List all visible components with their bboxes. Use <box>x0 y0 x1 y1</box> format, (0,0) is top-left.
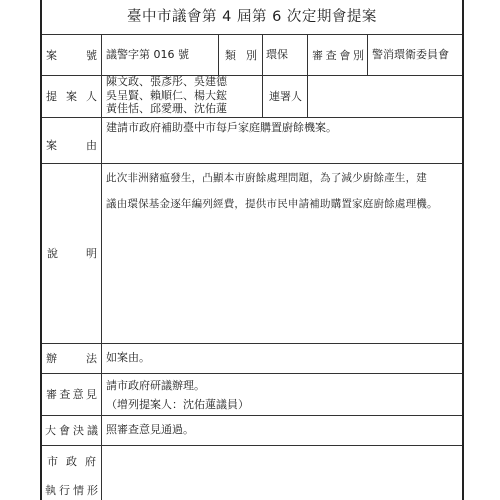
label-char: 別 <box>353 47 364 63</box>
case-number-label: 案 號 <box>42 34 101 75</box>
method-value: 如案由。 <box>106 351 150 365</box>
case-number-value: 議警字第 016 號 <box>106 48 189 62</box>
method-label: 辦 法 <box>42 343 101 373</box>
label-char: 審 <box>312 47 323 63</box>
label-char: 議 <box>87 422 98 438</box>
assembly-resolution-value: 照審查意見通過。 <box>106 423 194 437</box>
divider <box>42 117 462 118</box>
label-char: 大 <box>45 422 56 438</box>
cosigner-label: 連署人 <box>269 90 302 104</box>
subject-label: 案 由 <box>42 117 101 163</box>
proposer-line: 吳呈賢、賴順仁、楊大鋐 <box>106 89 227 103</box>
assembly-resolution-label: 大 會 決 議 <box>42 415 101 445</box>
label-char: 號 <box>86 47 97 63</box>
label-char: 別 <box>246 47 257 63</box>
city-execution-label-line2: 執 行 情 形 <box>42 482 101 498</box>
explanation-label: 說 明 <box>42 163 101 343</box>
review-opinion-line: （增列提案人：沈佑蓮議員） <box>106 395 249 414</box>
label-char: 府 <box>85 453 96 469</box>
label-char: 明 <box>86 245 97 261</box>
label-char: 形 <box>87 482 98 498</box>
divider <box>42 343 462 344</box>
label-char: 行 <box>59 482 70 498</box>
proposal-form: 臺中市議會第 4 屆第 6 次定期會提案 案 號 議警字第 016 號 類 別 … <box>40 0 464 500</box>
label-char: 情 <box>73 482 84 498</box>
proposer-label: 提 案 人 <box>42 75 101 117</box>
proposer-line: 陳文政、張彥彤、吳建德 <box>106 75 227 89</box>
explanation-value: 此次非洲豬瘟發生，凸顯本市廚餘處理問題，為了減少廚餘產生，建 議由環保基金逐年編… <box>106 165 462 217</box>
label-char: 意 <box>73 386 84 402</box>
label-char: 提 <box>46 88 57 104</box>
label-char: 查 <box>59 386 70 402</box>
explanation-line: 此次非洲豬瘟發生，凸顯本市廚餘處理問題，為了減少廚餘產生，建 <box>106 165 462 191</box>
label-char: 法 <box>86 350 97 366</box>
label-char: 類 <box>225 47 236 63</box>
review-committee-value: 警消環衛委員會 <box>372 48 449 62</box>
review-opinion-label: 審 查 意 見 <box>42 373 101 415</box>
label-char: 執 <box>45 482 56 498</box>
label-char: 案 <box>66 88 77 104</box>
label-char: 辦 <box>46 350 57 366</box>
label-char: 會 <box>59 422 70 438</box>
divider <box>101 34 102 500</box>
label-char: 人 <box>86 88 97 104</box>
city-execution-label-line1: 市 政 府 <box>42 453 101 469</box>
divider <box>42 163 462 164</box>
category-label: 類 別 <box>220 34 262 75</box>
label-char: 決 <box>73 422 84 438</box>
document-title: 臺中市議會第 4 屆第 6 次定期會提案 <box>42 0 462 34</box>
label-char: 審 <box>46 386 57 402</box>
label-char: 由 <box>86 137 97 153</box>
label-char: 案 <box>46 47 57 63</box>
divider <box>218 34 219 75</box>
divider <box>367 34 368 75</box>
explanation-line: 議由環保基金逐年編列經費，提供市民申請補助購置家庭廚餘處理機。 <box>106 191 462 217</box>
divider <box>42 415 462 416</box>
divider <box>42 445 462 446</box>
label-char: 會 <box>339 47 350 63</box>
divider <box>42 373 462 374</box>
divider <box>307 34 308 117</box>
label-char: 說 <box>47 245 58 261</box>
label-char: 見 <box>86 386 97 402</box>
subject-value: 建請市政府補助臺中市每戶家庭購置廚餘機案。 <box>106 121 337 135</box>
review-opinion-line: 請市政府研議辦理。 <box>106 376 249 395</box>
proposer-names: 陳文政、張彥彤、吳建德 吳呈賢、賴順仁、楊大鋐 黃佳恬、邱愛珊、沈佑蓮 <box>106 75 227 116</box>
review-opinion-value: 請市政府研議辦理。 （增列提案人：沈佑蓮議員） <box>106 376 249 414</box>
divider <box>262 34 263 117</box>
label-char: 政 <box>66 453 77 469</box>
label-char: 查 <box>326 47 337 63</box>
proposer-line: 黃佳恬、邱愛珊、沈佑蓮 <box>106 102 227 116</box>
review-committee-label: 審 查 會 別 <box>309 34 367 75</box>
category-value: 環保 <box>266 48 288 62</box>
divider <box>42 75 462 76</box>
label-char: 案 <box>46 137 57 153</box>
label-char: 市 <box>47 453 58 469</box>
